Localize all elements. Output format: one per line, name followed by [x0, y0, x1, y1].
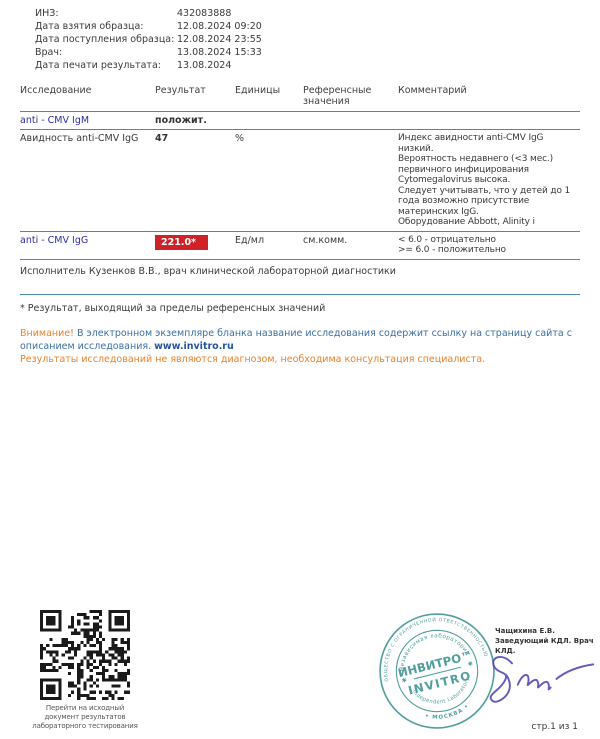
attention-paragraph: Внимание! В электронном экземпляре бланк… [20, 327, 580, 366]
test-name-link[interactable]: anti - CMV IgM [20, 115, 155, 126]
comment-value: Индекс авидности anti-CMV IgG низкий. Ве… [398, 133, 580, 228]
report-meta: ИНЗ: 432083888 Дата взятия образца: 12.0… [0, 0, 600, 72]
qr-code [40, 610, 130, 700]
table-row-cmv-igg: anti - CMV IgG 221.0* Ед/мл см.комм. < 6… [20, 232, 580, 260]
meta-label: ИНЗ: [35, 7, 177, 20]
units-value: Ед/мл [235, 235, 303, 256]
meta-row-inz: ИНЗ: 432083888 [35, 7, 600, 20]
meta-label: Дата поступления образца: [35, 33, 177, 46]
page-number: стр.1 из 1 [531, 722, 578, 732]
col-header-reference: Референсные значения [303, 85, 398, 107]
svg-text:• МОСКВА •: • МОСКВА • [423, 702, 472, 725]
table-row-cmv-igg-avidity: Авидность anti-CMV IgG 47 % Индекс авидн… [20, 130, 580, 232]
comment-value [398, 115, 580, 126]
reference-value [303, 115, 398, 126]
meta-value: 12.08.2024 09:20 [177, 20, 262, 33]
attention-label: Внимание! [20, 328, 74, 339]
disclaimer-text: Результаты исследований не являются диаг… [20, 353, 580, 366]
signer-name: Чащихина Е.В. [495, 626, 600, 636]
meta-label: Врач: [35, 46, 177, 59]
invitro-site-link[interactable]: www.invitro.ru [154, 341, 234, 352]
stamp-outer-bottom-text: • МОСКВА • [423, 702, 472, 725]
meta-row-sample-taken: Дата взятия образца: 12.08.2024 09:20 [35, 20, 600, 33]
meta-value: 432083888 [177, 7, 231, 20]
col-header-units: Единицы [235, 85, 303, 107]
flagged-result-badge: 221.0* [155, 235, 208, 250]
meta-value: 12.08.2024 23:55 [177, 33, 262, 46]
meta-value: 13.08.2024 [177, 59, 231, 72]
col-header-result: Результат [155, 85, 235, 107]
meta-label: Дата взятия образца: [35, 20, 177, 33]
units-value [235, 115, 303, 126]
units-value: % [235, 133, 303, 228]
meta-row-doctor: Врач: 13.08.2024 15:33 [35, 46, 600, 59]
meta-value: 13.08.2024 15:33 [177, 46, 262, 59]
comment-value: < 6.0 - отрицательно >= 6.0 - положитель… [398, 235, 580, 256]
meta-row-print-date: Дата печати результата: 13.08.2024 [35, 59, 600, 72]
table-row-cmv-igm: anti - CMV IgM положит. [20, 112, 580, 130]
results-table: Исследование Результат Единицы Референсн… [20, 82, 580, 260]
test-name-link[interactable]: anti - CMV IgG [20, 235, 155, 256]
section-divider [20, 294, 580, 295]
executor-line: Исполнитель Кузенков В.В., врач клиничес… [20, 266, 580, 278]
reference-footnote: * Результат, выходящий за пределы рефере… [20, 303, 580, 314]
qr-block: Перейти на исходный документ результатов… [25, 610, 145, 731]
meta-row-sample-received: Дата поступления образца: 12.08.2024 23:… [35, 33, 600, 46]
signature-icon [482, 646, 600, 704]
result-value: положит. [155, 115, 235, 126]
test-name: Авидность anti-CMV IgG [20, 133, 155, 228]
reference-value: см.комм. [303, 235, 398, 256]
attention-text: В электронном экземпляре бланка название… [20, 328, 572, 352]
result-cell: 221.0* [155, 235, 235, 256]
meta-label: Дата печати результата: [35, 59, 177, 72]
doctor-signature [482, 646, 600, 707]
lab-report-page: ИНЗ: 432083888 Дата взятия образца: 12.0… [0, 0, 600, 739]
reference-value [303, 133, 398, 228]
col-header-test: Исследование [20, 85, 155, 107]
col-header-comment: Комментарий [398, 85, 580, 107]
qr-caption: Перейти на исходный документ результатов… [25, 704, 145, 731]
result-value: 47 [155, 133, 235, 228]
results-table-header: Исследование Результат Единицы Референсн… [20, 82, 580, 112]
